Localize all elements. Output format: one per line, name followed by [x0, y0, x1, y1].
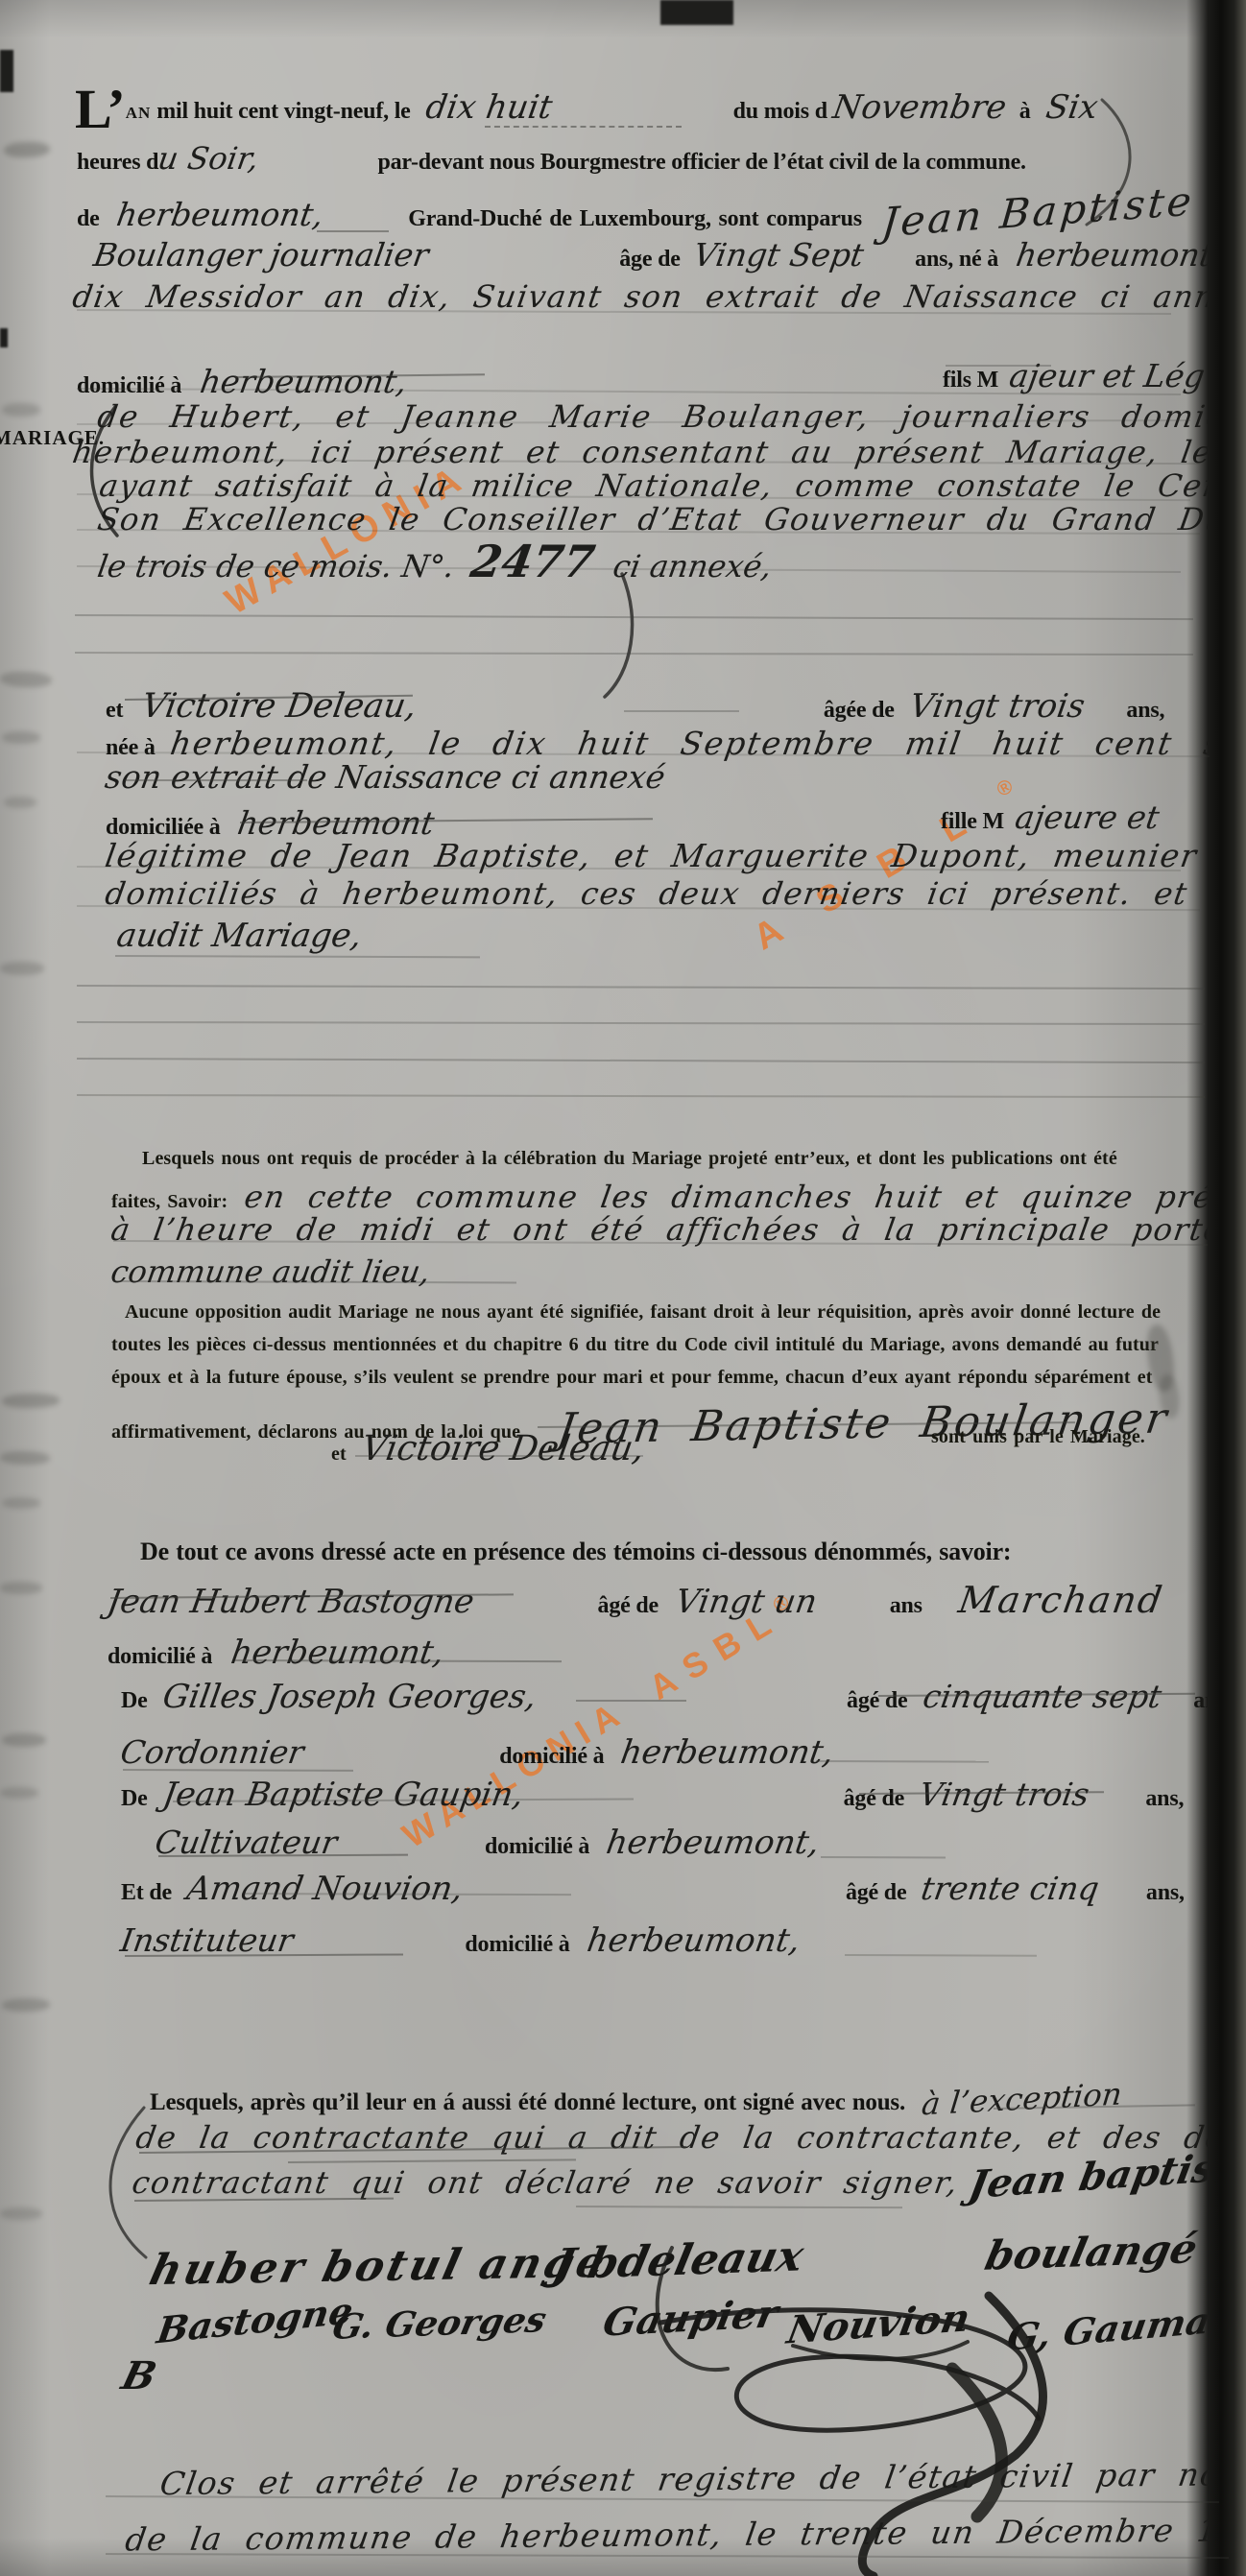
bleed-through-mark — [4, 797, 36, 808]
closing-line-3: contractant qui ont déclaré ne savoir si… — [132, 2164, 958, 2201]
witness-age: Vingt trois — [917, 1776, 1092, 1813]
handwritten-parents: domiciliés à herbeumont, ces deux dernie… — [103, 875, 1246, 912]
act-line-militia: ayant satisfait à la milice Nationale, c… — [100, 467, 1246, 504]
witness-age: trente cinq — [919, 1870, 1102, 1907]
witness-name: Jean Hubert Bastogne — [105, 1583, 477, 1621]
bleed-through-mark — [0, 1582, 42, 1594]
signature-hubert-boulanger: huber botul ange — [145, 2238, 612, 2295]
act-line-groom-parents: de Hubert, et Jeanne Marie Boulanger, jo… — [98, 398, 1246, 435]
printed-text: domicilié à — [108, 1644, 212, 1669]
handwritten-birthdate: dix Messidor an dix, Suivant son extrait… — [70, 278, 1246, 315]
witness-occupation: Instituteur — [118, 1921, 297, 1959]
printed-text: AN — [126, 104, 152, 122]
printed-text: domicilié à — [77, 373, 181, 398]
ruled-line — [816, 1760, 989, 1763]
printed-text: Aucune opposition audit Mariage ne nous … — [125, 1301, 1161, 1323]
witness-row: De Gilles Joseph Georges, âgé de cinquan… — [121, 1678, 1232, 1716]
printed-text: De — [121, 1786, 148, 1811]
printed-text: De — [121, 1688, 148, 1713]
witness-domicile-row: Cultivateur domicilié à herbeumont, — [156, 1824, 819, 1862]
witness-row: Et de Amand Nouvion, âgé de trente cinq … — [121, 1870, 1185, 1908]
scan-dark-mark — [0, 328, 8, 347]
act-line-groom-domicile: domicilié à herbeumont, — [77, 363, 407, 400]
handwritten-day: dix huit — [422, 88, 554, 127]
printed-text: époux et à la future épouse, s’ils veule… — [111, 1367, 1152, 1388]
printed-text: domicilié à — [465, 1932, 569, 1957]
witnesses-intro: De tout ce avons dressé acte en présence… — [140, 1538, 1011, 1566]
bleed-through-mark — [0, 1787, 38, 1799]
witness-place: herbeumont, — [604, 1824, 822, 1862]
handwritten-time-of-day: u Soir, — [156, 140, 261, 177]
handwritten-bride-fullname: Victoire Deleau, — [359, 1429, 647, 1468]
signature-nouvion: Nouvion — [783, 2296, 973, 2353]
handwritten-parents: herbeumont, ici présent et consentant au… — [70, 434, 1246, 470]
declaration-line-3: époux et à la future épouse, s’ils veule… — [111, 1367, 1152, 1389]
printed-text: âgée de — [824, 698, 895, 723]
act-line-bride-birth-2: son extrait de Naissance ci annexé — [106, 758, 665, 796]
printed-text: fille M — [941, 809, 1004, 834]
witness-occupation: Marchand — [955, 1579, 1166, 1621]
publications-line-4: commune audit lieu, — [111, 1253, 430, 1290]
handwritten-occupation: Boulanger journalier — [91, 236, 431, 274]
closing-line-2: de la contractante qui a dit de la contr… — [136, 2119, 1246, 2156]
handwritten-militia: Son Excellence le Conseiller d’Etat Gouv… — [95, 501, 1246, 537]
printed-text: par-devant nous Bourgmestre officier de … — [377, 150, 1025, 175]
witness-name: Amand Nouvion, — [184, 1870, 466, 1908]
witness-occupation: Cultivateur — [153, 1824, 340, 1861]
bleed-through-mark — [2, 1497, 40, 1509]
printed-text: ans, né à — [915, 247, 998, 272]
bleed-through-mark — [4, 141, 51, 158]
printed-text: à — [1019, 99, 1031, 124]
signature: Gaupier — [605, 2296, 777, 2341]
printed-text: Lesquels nous ont requis de procéder à l… — [142, 1148, 1117, 1169]
signature-bastogne: Bastogne — [155, 2289, 356, 2352]
ruled-line — [576, 2206, 902, 2208]
ruled-line — [77, 1058, 1205, 1063]
ruled-line — [288, 2159, 576, 2163]
certificate-number: 2477 — [467, 536, 599, 587]
handwritten-exception: de la contractante qui a dit de la contr… — [133, 2119, 1246, 2156]
scan-dark-mark — [0, 50, 13, 92]
printed-text: ans — [890, 1593, 923, 1618]
publications-paragraph: Lesquels nous ont requis de procéder à l… — [142, 1148, 1117, 1170]
publications-line-2: faites, Savoir: en cette commune les dim… — [111, 1179, 1246, 1215]
bleed-through-mark — [0, 671, 52, 688]
ruled-line — [75, 652, 1193, 656]
handwritten-exception: contractant qui ont déclaré ne savoir si… — [130, 2164, 961, 2201]
handwritten-publication: en cette commune les dimanches huit et q… — [242, 1179, 1246, 1215]
witness-name: Jean Baptiste Gaupin, — [159, 1776, 525, 1814]
printed-text: fils M — [943, 368, 998, 393]
ruled-line — [77, 1094, 1205, 1098]
witness-domicile-row: domicilié à herbeumont, — [108, 1634, 443, 1672]
printed-text: Et de — [121, 1880, 172, 1905]
signature-bastogne-initial: B — [117, 2353, 161, 2398]
ruled-line — [77, 1021, 1205, 1025]
ruled-line — [845, 1954, 1037, 1957]
declaration-paragraph: Aucune opposition audit Mariage ne nous … — [125, 1301, 1161, 1324]
act-line-bride-parents: légitime de Jean Baptiste, et Marguerite… — [106, 837, 1197, 874]
handwritten-filiation: ajeure et — [1013, 799, 1162, 836]
printed-text: née à — [106, 735, 156, 760]
act-line-groom-birthdate: dix Messidor an dix, Suivant son extrait… — [73, 278, 1246, 315]
handwritten-publication: à l’heure de midi et ont été affichées à… — [108, 1211, 1246, 1248]
signature-groom-last: boulangé — [981, 2225, 1202, 2279]
handwritten-parents: audit Mariage, — [114, 917, 365, 955]
signature: Bastogne — [159, 2299, 350, 2342]
drop-cap: L’ — [75, 78, 126, 140]
printed-text: toutes les pièces ci-dessus mentionnées … — [111, 1334, 1159, 1355]
signature-deleaux: J bdeleaux — [548, 2232, 807, 2290]
witness-place: herbeumont, — [618, 1733, 836, 1772]
printed-text: heures d — [77, 150, 158, 175]
act-line-militia-2: Son Excellence le Conseiller d’Etat Gouv… — [98, 501, 1246, 537]
act-line-bride: et Victoire Deleau, âgée de Vingt trois … — [106, 687, 1164, 726]
ruled-line — [77, 985, 1205, 990]
witness-place: herbeumont, — [228, 1634, 446, 1672]
marriage-register-page: WALLONIA ASBL® WALLONIA ASBL® MARIAGE. L… — [0, 0, 1246, 2576]
signature: B — [123, 2353, 156, 2398]
printed-text: sont unis par le Mariage. — [931, 1426, 1145, 1447]
printed-text: du mois d — [733, 99, 827, 124]
handwritten-register-close: Clos et arrêté le présent registre de l’… — [157, 2453, 1246, 2502]
bleed-through-mark — [0, 1451, 50, 1466]
signature: huber botul ange — [152, 2242, 606, 2291]
handwritten-parents: de Hubert, et Jeanne Marie Boulanger, jo… — [95, 398, 1246, 435]
act-line-date: L’AN mil huit cent vingt-neuf, le dix hu… — [75, 88, 1097, 127]
witness-age: Vingt un — [673, 1583, 820, 1621]
signature: J bdeleaux — [555, 2236, 802, 2285]
handwritten-publication: commune audit lieu, — [108, 1253, 433, 1290]
signature: G. Georges — [334, 2303, 545, 2344]
declaration-line-5: et Victoire Deleau, — [331, 1429, 643, 1468]
bleed-through-mark — [2, 1393, 60, 1408]
act-line-fille-majeure: fille M ajeure et — [941, 799, 1159, 836]
act-line-bride-birth: née à herbeumont, le dix huit Septembre … — [106, 725, 1246, 762]
handwritten-age: Vingt Sept — [691, 236, 867, 274]
book-gutter-shadow — [1186, 0, 1246, 2576]
handwritten-bride-age: Vingt trois — [907, 687, 1088, 726]
witness-domicile-row: Cordonnier domicilié à herbeumont, — [121, 1733, 834, 1772]
act-line-fils-majeur: fils M ajeur et Lég — [943, 357, 1205, 394]
handwritten-bride-name: Victoire Deleau, — [139, 687, 419, 726]
bleed-through-mark — [0, 2207, 42, 2220]
handwritten-month: Novembre — [830, 88, 1009, 127]
wallonia-watermark-2: WALLONIA ASBL® — [395, 1586, 809, 1856]
publications-line-3: à l’heure de midi et ont été affichées à… — [111, 1211, 1246, 1248]
act-line-groom-age: Boulanger journalier âge de Vingt Sept a… — [94, 236, 1246, 274]
handwritten-bride-birth: son extrait de Naissance ci annexé — [103, 758, 668, 796]
handwritten-register-close: de la commune de herbeumont, le trente u… — [123, 2509, 1246, 2559]
act-line-bride-parents-3: audit Mariage, — [117, 917, 361, 955]
signature: Nouvion — [789, 2302, 969, 2347]
printed-text: âgé de — [847, 1688, 907, 1713]
register-close-line-2: de la commune de herbeumont, le trente u… — [127, 2515, 1246, 2552]
witness-place: herbeumont, — [584, 1921, 802, 1960]
printed-text: ans, — [1146, 1880, 1185, 1905]
handwritten-exception: à l’exception — [920, 2076, 1123, 2123]
handwritten-militia: ayant satisfait à la milice Nationale, c… — [97, 467, 1246, 504]
handwritten-certificate: ci annexé, — [611, 548, 775, 584]
signature: boulangé — [987, 2229, 1196, 2276]
handwritten-filiation: ajeur et Lég — [1007, 357, 1208, 394]
witness-row: De Jean Baptiste Gaupin, âgé de Vingt tr… — [121, 1776, 1184, 1814]
bleed-through-mark — [2, 731, 40, 744]
ruled-line — [115, 955, 480, 958]
printed-text: faites, Savoir: — [111, 1191, 228, 1212]
bleed-through-mark — [2, 1733, 46, 1747]
witness-domicile-row: Instituteur domicilié à herbeumont, — [121, 1921, 800, 1960]
signature-georges: G. Georges — [329, 2300, 550, 2348]
handwritten-bride-birth: herbeumont, le dix huit Septembre mil hu… — [168, 725, 1246, 762]
witness-row: Jean Hubert Bastogne âgé de Vingt un ans… — [108, 1579, 1163, 1621]
printed-text: mil huit cent vingt-neuf, le — [156, 99, 410, 124]
printed-text: âgé de — [846, 1880, 906, 1905]
act-line-certificate: le trois de ce mois. N°. 2477 ci annexé, — [98, 536, 772, 587]
printed-text: âgé de — [598, 1593, 659, 1618]
witness-occupation: Cordonnier — [118, 1733, 306, 1771]
printed-text: de — [77, 206, 100, 231]
handwritten-certificate: le trois de ce mois. N°. — [95, 548, 457, 584]
bleed-through-mark — [0, 962, 44, 975]
act-line-commune: de herbeumont, Grand-Duché de Luxembourg… — [77, 188, 1192, 235]
declaration-union: sont unis par le Mariage. — [931, 1426, 1145, 1448]
printed-text: ans, — [1145, 1786, 1184, 1811]
printed-text: âgé de — [844, 1786, 904, 1811]
printed-text: ans, — [1126, 698, 1164, 723]
act-line-groom-parents-2: herbeumont, ici présent et consentant au… — [73, 434, 1246, 470]
scan-dark-mark — [660, 0, 733, 25]
printed-text: Lesquels, après qu’il leur en á aussi ét… — [150, 2089, 905, 2115]
printed-text: Grand-Duché de Luxembourg, sont comparus — [408, 206, 862, 231]
bleed-through-mark — [2, 403, 40, 417]
closing-line: Lesquels, après qu’il leur en á aussi ét… — [150, 2081, 1121, 2117]
handwritten-commune: herbeumont, — [114, 196, 326, 233]
printed-text: domicilié à — [485, 1834, 589, 1859]
act-line-officiant: heures du Soir, par-devant nous Bourgmes… — [77, 140, 1026, 177]
handwritten-hour: Six — [1042, 88, 1100, 127]
printed-text: et — [106, 698, 123, 723]
register-close-line: Clos et arrêté le présent registre de l’… — [161, 2459, 1246, 2496]
handwritten-domicile: herbeumont, — [198, 363, 410, 400]
signature-gaupin: Gaupier — [599, 2291, 781, 2345]
bleed-through-mark — [2, 1998, 50, 2013]
witness-name: Gilles Joseph Georges, — [159, 1678, 539, 1716]
ruled-line — [821, 1856, 946, 1858]
printed-text: âge de — [619, 247, 680, 272]
printed-text: et — [331, 1443, 347, 1465]
act-line-bride-parents-2: domiciliés à herbeumont, ces deux dernie… — [106, 875, 1246, 912]
printed-text: De tout ce avons dressé acte en présence… — [140, 1538, 1011, 1565]
printed-text: domicilié à — [499, 1744, 604, 1769]
handwritten-parents: légitime de Jean Baptiste, et Marguerite… — [103, 837, 1200, 874]
declaration-line-2: toutes les pièces ci-dessus mentionnées … — [111, 1334, 1159, 1356]
witness-age: cinquante sept — [920, 1678, 1163, 1715]
